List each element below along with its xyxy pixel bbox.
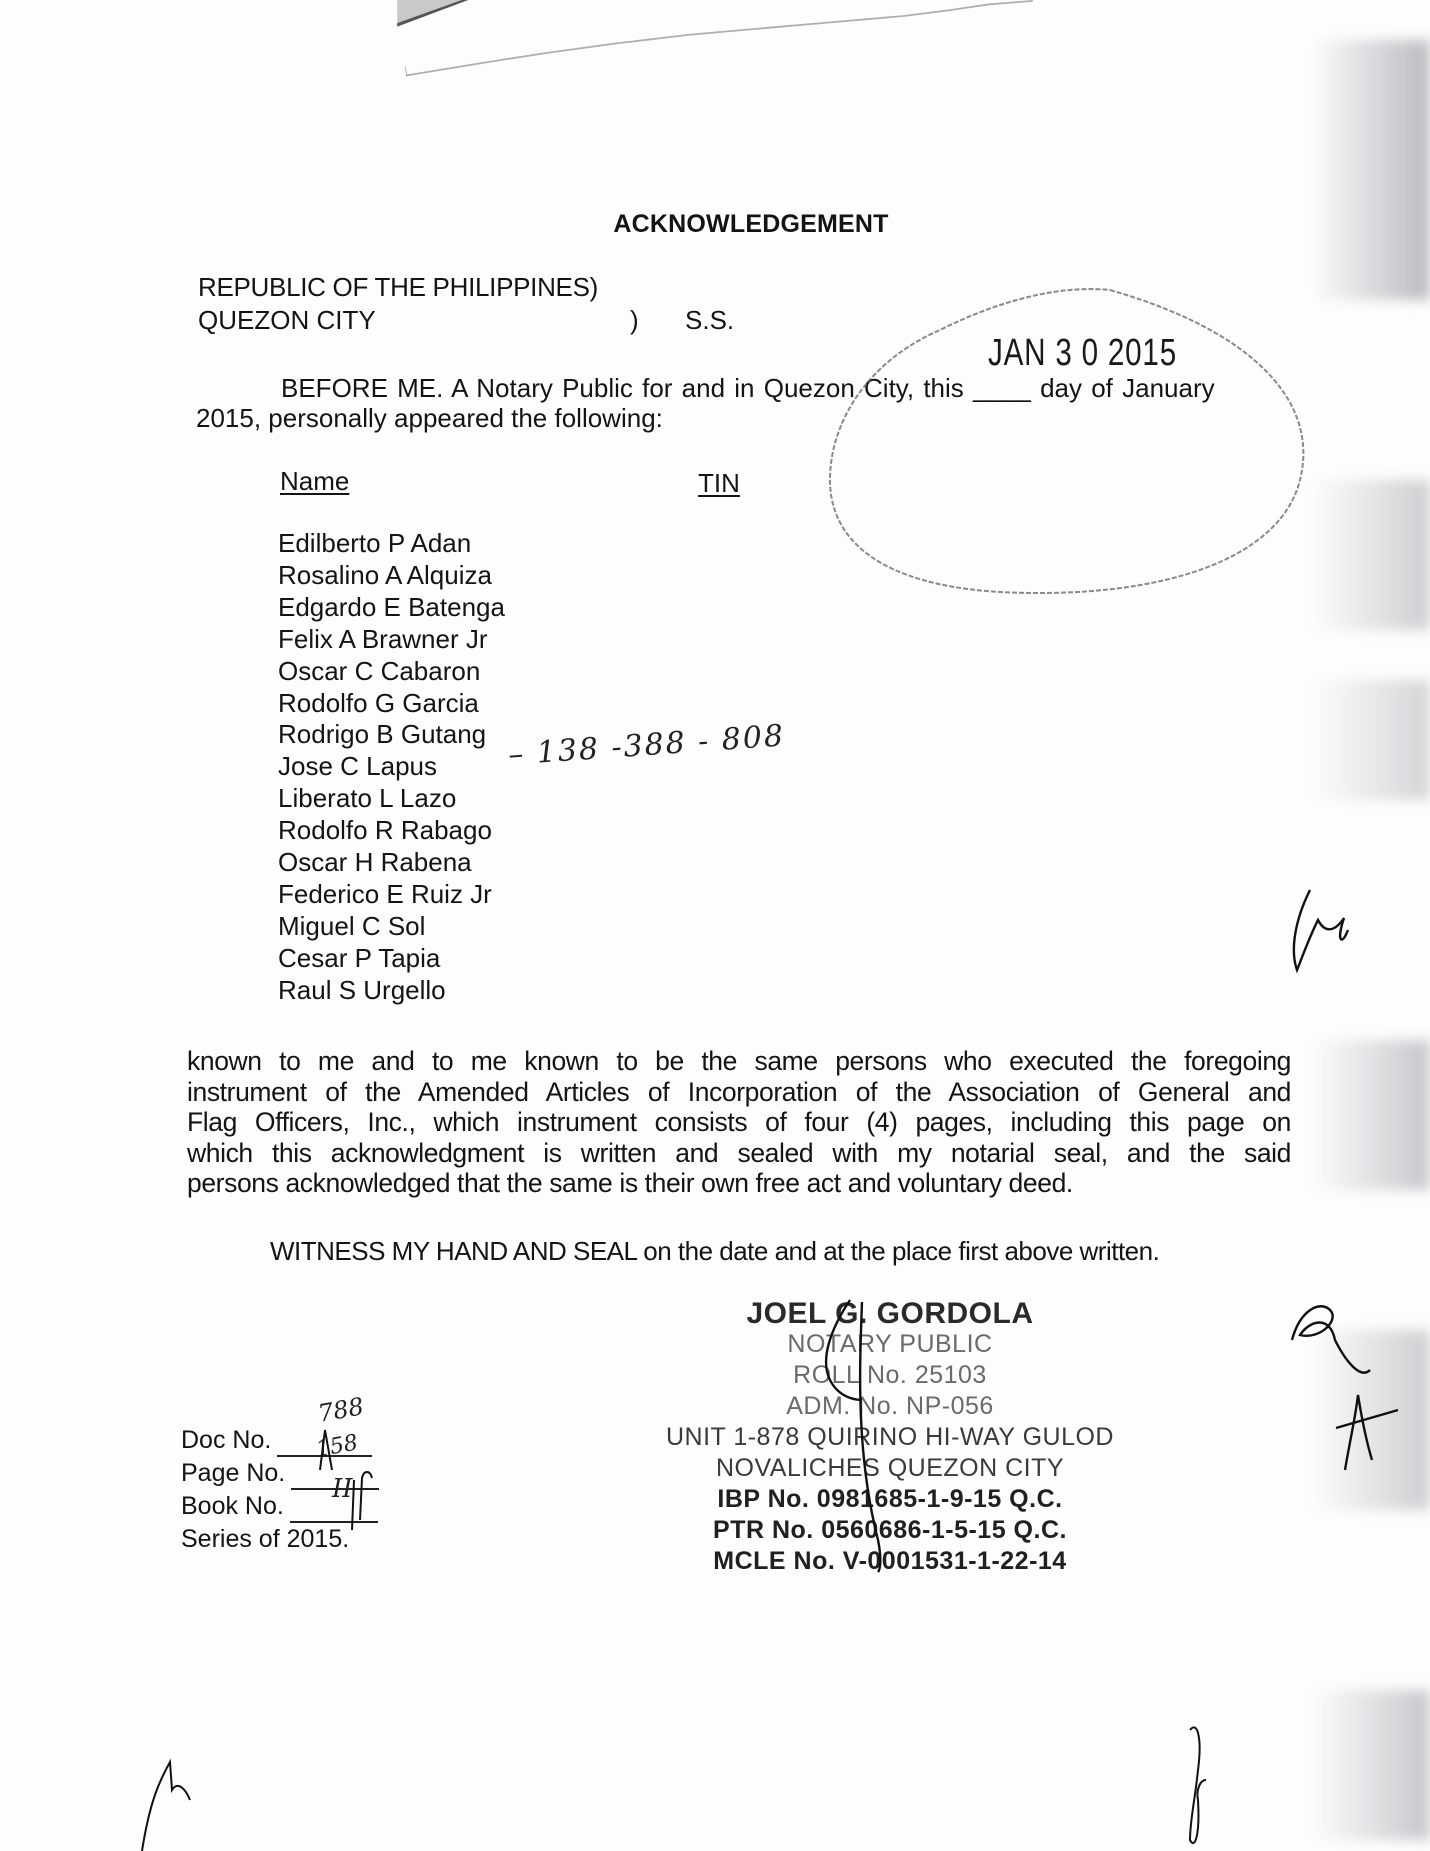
notary-address-line-2: NOVALICHES QUEZON CITY [650, 1453, 1130, 1484]
document-title: ACKNOWLEDGEMENT [0, 210, 1430, 239]
venue-line-city: QUEZON CITY [198, 305, 376, 336]
signatory-name-list: Edilberto P AdanRosalino A AlquizaEdgard… [278, 528, 505, 1007]
paragraph-line: known to me and to me known to be the sa… [187, 1046, 1291, 1077]
notary-name: JOEL G. GORDOLA [650, 1298, 1130, 1329]
signatory-name: Miguel C Sol [278, 911, 505, 943]
signatory-name: Rodrigo B Gutang [278, 719, 505, 751]
signatory-name: Edilberto P Adan [278, 528, 505, 560]
signatory-name: Federico E Ruiz Jr [278, 879, 505, 911]
name-column-header: Name [280, 466, 349, 497]
book-number-blank [290, 1501, 378, 1523]
acknowledgment-paragraph: known to me and to me known to be the sa… [187, 1046, 1291, 1199]
date-stamp: JAN 3 0 2015 [988, 332, 1177, 375]
signatory-name: Rodolfo G Garcia [278, 688, 505, 720]
paragraph-line: persons acknowledged that the same is th… [187, 1168, 1291, 1199]
venue-paren: ) [630, 305, 639, 336]
venue-line-republic: REPUBLIC OF THE PHILIPPINES) [198, 272, 598, 303]
notary-title: NOTARY PUBLIC [650, 1329, 1130, 1360]
handwritten-book-number: II [332, 1474, 353, 1504]
paragraph-line: Flag Officers, Inc., which instrument co… [187, 1107, 1291, 1138]
witness-clause: WITNESS MY HAND AND SEAL on the date and… [270, 1236, 1159, 1267]
series-label: Series of 2015. [181, 1523, 349, 1556]
notary-address-line-1: UNIT 1-878 QUIRINO HI-WAY GULOD [650, 1422, 1130, 1453]
notary-mcle-number: MCLE No. V-0001531-1-22-14 [650, 1546, 1130, 1577]
venue-ss: S.S. [685, 305, 734, 336]
signatory-name: Oscar H Rabena [278, 847, 505, 879]
signatory-name: Liberato L Lazo [278, 783, 505, 815]
intro-line-2: 2015, personally appeared the following: [196, 403, 663, 434]
scan-shadow [1310, 1690, 1430, 1840]
paragraph-line: which this acknowledgment is written and… [187, 1138, 1291, 1169]
notary-roll-number: ROLL No. 25103 [650, 1360, 1130, 1391]
signatory-name: Jose C Lapus [278, 751, 505, 783]
notary-stamp: JOEL G. GORDOLA NOTARY PUBLIC ROLL No. 2… [650, 1298, 1130, 1577]
scan-shadow [1310, 480, 1430, 630]
scan-shadow [1310, 680, 1430, 800]
signatory-name: Raul S Urgello [278, 975, 505, 1007]
signatory-name: Cesar P Tapia [278, 943, 505, 975]
notary-adm-number: ADM. No. NP-056 [650, 1391, 1130, 1422]
signatory-name: Rosalino A Alquiza [278, 560, 505, 592]
signatory-name: Oscar C Cabaron [278, 656, 505, 688]
page-curl [0, 0, 1430, 80]
book-number-label: Book No. [181, 1490, 284, 1523]
tin-column-header: TIN [698, 468, 740, 499]
doc-number-label: Doc No. [181, 1424, 271, 1457]
page-number-label: Page No. [181, 1457, 285, 1490]
paragraph-line: instrument of the Amended Articles of In… [187, 1077, 1291, 1108]
scan-shadow [1310, 1330, 1430, 1510]
notary-ptr-number: PTR No. 0560686-1-5-15 Q.C. [650, 1515, 1130, 1546]
signatory-name: Felix A Brawner Jr [278, 624, 505, 656]
series-row: Series of 2015. [181, 1523, 379, 1556]
signatory-name: Edgardo E Batenga [278, 592, 505, 624]
scan-shadow [1310, 1040, 1430, 1190]
notary-ibp-number: IBP No. 0981685-1-9-15 Q.C. [650, 1484, 1130, 1515]
signatory-name: Rodolfo R Rabago [278, 815, 505, 847]
intro-line-1: BEFORE ME. A Notary Public for and in Qu… [281, 373, 1215, 404]
